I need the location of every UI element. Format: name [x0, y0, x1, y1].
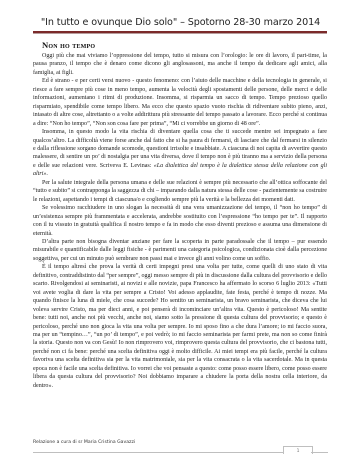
footer-note: Relazione a cura di sr Maria Cristina Ga… — [33, 440, 135, 445]
footer-rule — [311, 452, 328, 453]
paragraph: È il tempo altresì che prova la verità d… — [33, 263, 327, 390]
paragraph: Insomma, in questo modo la vita rischia … — [33, 128, 327, 179]
paragraph: Per la salute integrale della persona um… — [33, 179, 327, 204]
header-rule — [33, 31, 327, 33]
body-text: Oggi più che mai viviamo l’oppressione d… — [33, 52, 327, 390]
page-number: 1 — [283, 446, 313, 454]
paragraph: Ed è strano - e per certi versi nuovo - … — [33, 77, 327, 128]
document-page: "In tutto e ovunque Dio solo" – Spotorno… — [0, 0, 360, 466]
header-title: "In tutto e ovunque Dio solo" – Spotorno… — [33, 17, 328, 28]
paragraph: Oggi più che mai viviamo l’oppressione d… — [33, 52, 327, 77]
footer-rule — [33, 452, 283, 453]
paragraph: Se volessimo racchiudere in uno slogan l… — [33, 204, 327, 238]
section-title: Non ho tempo — [42, 40, 95, 50]
paragraph: D’altra parte non bisogna diventar anzia… — [33, 238, 327, 263]
